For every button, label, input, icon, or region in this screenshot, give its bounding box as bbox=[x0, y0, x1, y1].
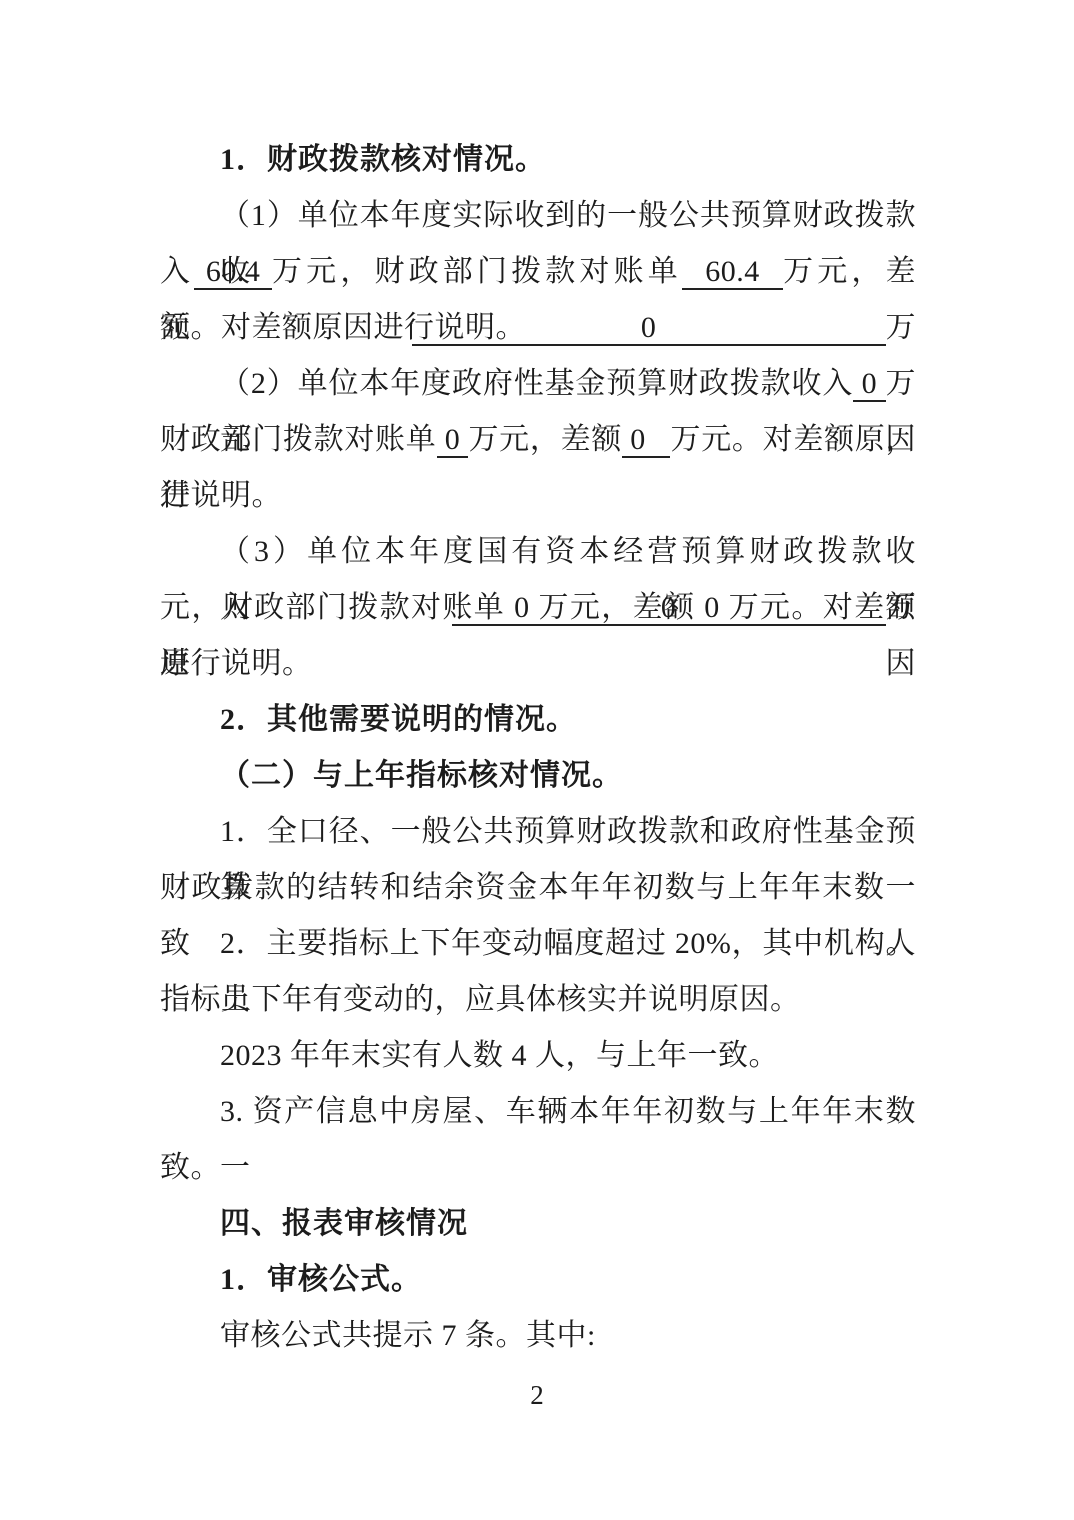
text-run: 入 bbox=[160, 255, 194, 288]
text-run: 元。对差额原因进行说明。 bbox=[160, 311, 526, 344]
text-run: 万元，差额 bbox=[468, 423, 622, 456]
text-run: 万 bbox=[886, 311, 917, 344]
document-page: 1．财政拨款核对情况。（1）单位本年度实际收到的一般公共预算财政拨款收入 60.… bbox=[0, 0, 1074, 1520]
text-line: 指标上下年有变动的，应具体核实并说明原因。 bbox=[160, 972, 916, 1028]
heading-line: 1．审核公式。 bbox=[160, 1252, 916, 1308]
text-line: （3）单位本年度国有资本经营预算财政拨款收入 0 万 bbox=[160, 524, 916, 580]
underlined-blank-value: 60.4 bbox=[682, 255, 783, 290]
text-run: 万元，财政部门拨款对账单 bbox=[272, 255, 682, 288]
text-line: 审核公式共提示 7 条。其中: bbox=[160, 1308, 916, 1364]
text-run: 审核公式共提示 7 条。其中: bbox=[220, 1319, 596, 1352]
text-run: （二）与上年指标核对情况。 bbox=[220, 759, 623, 792]
text-run: 元，财政部门拨款对账单 bbox=[160, 591, 505, 624]
heading-line: 1．财政拨款核对情况。 bbox=[160, 132, 916, 188]
underlined-blank-value: 0 bbox=[505, 591, 538, 626]
underlined-blank-value: 0 bbox=[695, 591, 728, 626]
text-run: 1．审核公式。 bbox=[220, 1263, 422, 1296]
underlined-blank-value: 60.4 bbox=[194, 255, 272, 290]
document-body: 1．财政拨款核对情况。（1）单位本年度实际收到的一般公共预算财政拨款收入 60.… bbox=[160, 132, 916, 1364]
text-run: 进行说明。 bbox=[160, 647, 313, 680]
text-run: 2．其他需要说明的情况。 bbox=[220, 703, 577, 736]
text-line: 财政拨款的结转和结余资金本年年初数与上年年末数一致。 bbox=[160, 860, 916, 916]
text-line: 3. 资产信息中房屋、车辆本年年初数与上年年末数一 bbox=[160, 1084, 916, 1140]
text-line: 2023 年年末实有人数 4 人，与上年一致。 bbox=[160, 1028, 916, 1084]
underlined-blank-value: 0 bbox=[853, 367, 885, 402]
text-run: 财政部门拨款对账单 bbox=[160, 423, 437, 456]
underlined-blank-value: 0 bbox=[622, 423, 670, 458]
text-run: 四、报表审核情况 bbox=[220, 1207, 468, 1240]
heading-line: （二）与上年指标核对情况。 bbox=[160, 748, 916, 804]
text-run: 2023 年年末实有人数 4 人，与上年一致。 bbox=[220, 1039, 779, 1072]
underlined-blank-value: 0 bbox=[437, 423, 469, 458]
text-line: 元，财政部门拨款对账单 0 万元，差额 0 万元。对差额原因 bbox=[160, 580, 916, 636]
text-run: 万元，差额 bbox=[538, 591, 695, 624]
text-line: 2．主要指标上下年变动幅度超过 20%，其中机构人员 bbox=[160, 916, 916, 972]
text-run: （2）单位本年度政府性基金预算财政拨款收入 bbox=[220, 367, 853, 400]
text-line: （1）单位本年度实际收到的一般公共预算财政拨款收 bbox=[160, 188, 916, 244]
heading-line: 四、报表审核情况 bbox=[160, 1196, 916, 1252]
text-line: 财政部门拨款对账单 0 万元，差额 0 万元。对差额原因进 bbox=[160, 412, 916, 468]
text-run: 1．财政拨款核对情况。 bbox=[220, 143, 546, 176]
text-line: 1．全口径、一般公共预算财政拨款和政府性基金预算 bbox=[160, 804, 916, 860]
text-run: 行说明。 bbox=[160, 479, 282, 512]
text-line: （2）单位本年度政府性基金预算财政拨款收入 0 万元， bbox=[160, 356, 916, 412]
text-run: 致。 bbox=[160, 1151, 221, 1184]
heading-line: 2．其他需要说明的情况。 bbox=[160, 692, 916, 748]
text-line: 入 60.4 万元，财政部门拨款对账单 60.4 万元，差额 0 万 bbox=[160, 244, 916, 300]
text-line: 致。 bbox=[160, 1140, 916, 1196]
text-line: 行说明。 bbox=[160, 468, 916, 524]
text-run: 指标上下年有变动的，应具体核实并说明原因。 bbox=[160, 983, 801, 1016]
page-number: 2 bbox=[0, 1378, 1074, 1412]
